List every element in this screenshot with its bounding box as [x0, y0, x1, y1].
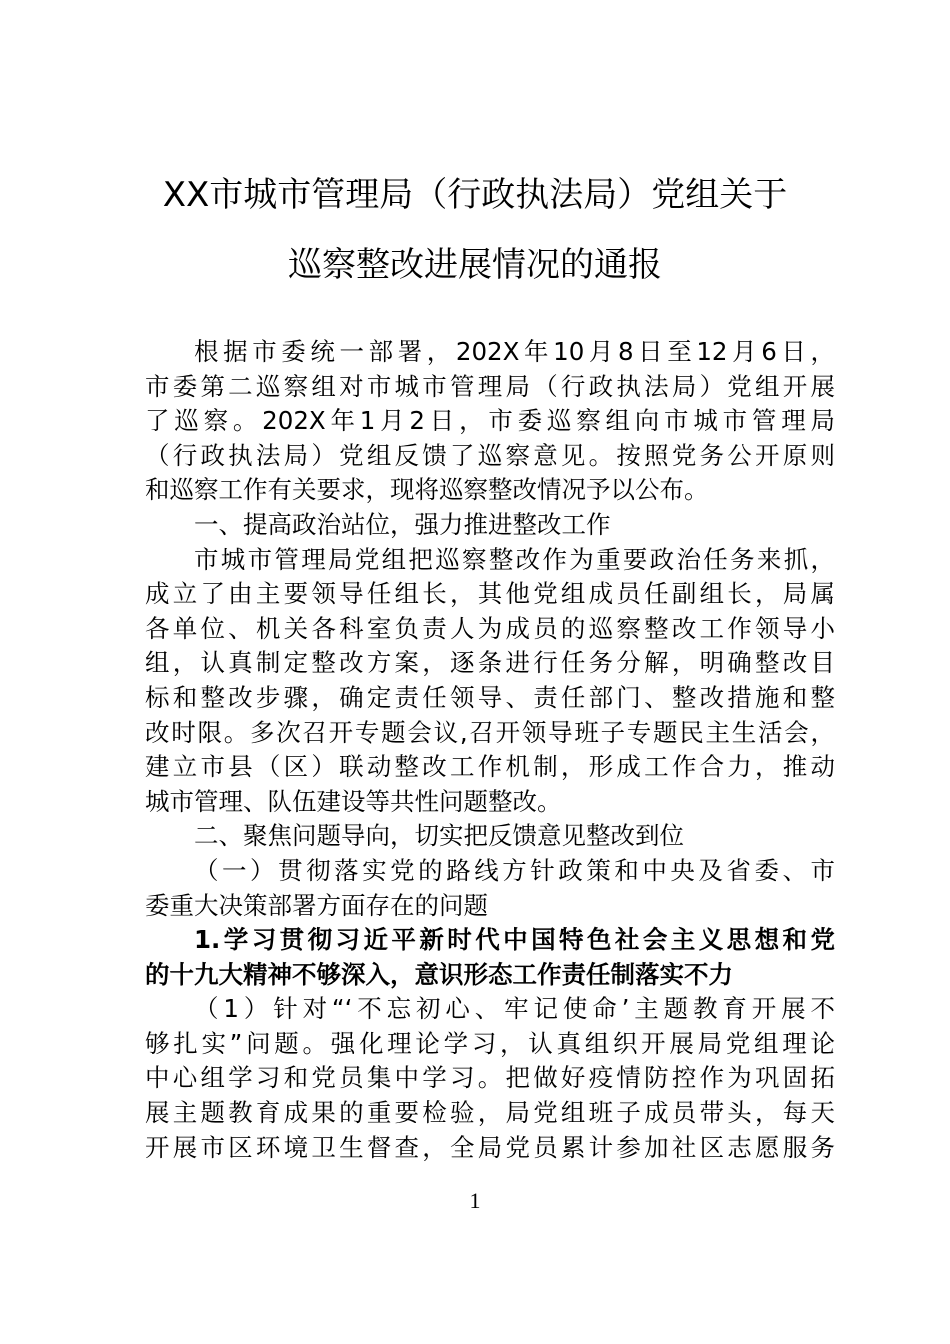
paragraph-line: 根据市委统一部署，202X年10月8日至12月6日，: [145, 335, 835, 370]
document-page: XX市城市管理局（行政执法局）党组关于 巡察整改进展情况的通报 根据市委统一部署…: [0, 0, 950, 1344]
section-heading-1: 一、提高政治站位，强力推进整改工作: [145, 508, 835, 543]
paragraph-line: 和巡察工作有关要求，现将巡察整改情况予以公布。: [145, 473, 835, 508]
paragraph-section-1: 市城市管理局党组把巡察整改作为重要政治任务来抓， 成立了由主要领导任组长，其他党…: [145, 543, 835, 820]
paragraph-line: 改时限。多次召开专题会议,召开领导班子专题民主生活会，: [145, 716, 835, 751]
paragraph-line: 建立市县（区）联动整改工作机制，形成工作合力，推动: [145, 750, 835, 785]
document-title-line-2: 巡察整改进展情况的通报: [0, 245, 950, 285]
paragraph-line: 各单位、机关各科室负责人为成员的巡察整改工作领导小: [145, 612, 835, 647]
paragraph-line: 开展市区环境卫生督查，全局党员累计参加社区志愿服务: [145, 1131, 835, 1166]
document-title-line-1: XX市城市管理局（行政执法局）党组关于: [0, 175, 950, 215]
title-text: 巡察整改进展情况的通报: [288, 245, 662, 285]
subsection-heading-1: （一）贯彻落实党的路线方针政策和中央及省委、市 委重大决策部署方面存在的问题: [145, 854, 835, 923]
paragraph-line: 成立了由主要领导任组长，其他党组成员任副组长，局属: [145, 577, 835, 612]
paragraph-line: 够扎实”问题。强化理论学习，认真组织开展局党组理论: [145, 1027, 835, 1062]
paragraph-line: 展主题教育成果的重要检验，局党组班子成员带头，每天: [145, 1096, 835, 1131]
paragraph-line: 标和整改步骤，确定责任领导、责任部门、整改措施和整: [145, 681, 835, 716]
item-heading-1: 1.学习贯彻习近平新时代中国特色社会主义思想和党 的十九大精神不够深入，意识形态…: [145, 923, 835, 992]
section-heading-2: 二、聚焦问题导向，切实把反馈意见整改到位: [145, 819, 835, 854]
paragraph-line: 中心组学习和党员集中学习。把做好疫情防控作为巩固拓: [145, 1061, 835, 1096]
paragraph-line: 城市管理、队伍建设等共性问题整改。: [145, 785, 835, 820]
subheading-line: 委重大决策部署方面存在的问题: [145, 889, 835, 924]
paragraph-line: 了巡察。202X年1月2日，市委巡察组向市城市管理局: [145, 404, 835, 439]
heading-line: 二、聚焦问题导向，切实把反馈意见整改到位: [145, 819, 835, 854]
document-body: 根据市委统一部署，202X年10月8日至12月6日， 市委第二巡察组对市城市管理…: [145, 335, 835, 1165]
page-number: 1: [0, 1188, 950, 1214]
bold-line: 的十九大精神不够深入，意识形态工作责任制落实不力: [145, 958, 835, 993]
paragraph-line: （行政执法局）党组反馈了巡察意见。按照党务公开原则: [145, 439, 835, 474]
paragraph-item-1: （1）针对“‘不忘初心、牢记使命’主题教育开展不 够扎实”问题。强化理论学习，认…: [145, 992, 835, 1165]
paragraph-line: （1）针对“‘不忘初心、牢记使命’主题教育开展不: [145, 992, 835, 1027]
paragraph-line: 组，认真制定整改方案，逐条进行任务分解，明确整改目: [145, 646, 835, 681]
heading-line: 一、提高政治站位，强力推进整改工作: [145, 508, 835, 543]
paragraph-line: 市城市管理局党组把巡察整改作为重要政治任务来抓，: [145, 543, 835, 578]
paragraph-intro: 根据市委统一部署，202X年10月8日至12月6日， 市委第二巡察组对市城市管理…: [145, 335, 835, 508]
paragraph-line: 市委第二巡察组对市城市管理局（行政执法局）党组开展: [145, 370, 835, 405]
title-text: XX市城市管理局（行政执法局）党组关于: [163, 175, 788, 215]
bold-line: 1.学习贯彻习近平新时代中国特色社会主义思想和党: [145, 923, 835, 958]
subheading-line: （一）贯彻落实党的路线方针政策和中央及省委、市: [145, 854, 835, 889]
